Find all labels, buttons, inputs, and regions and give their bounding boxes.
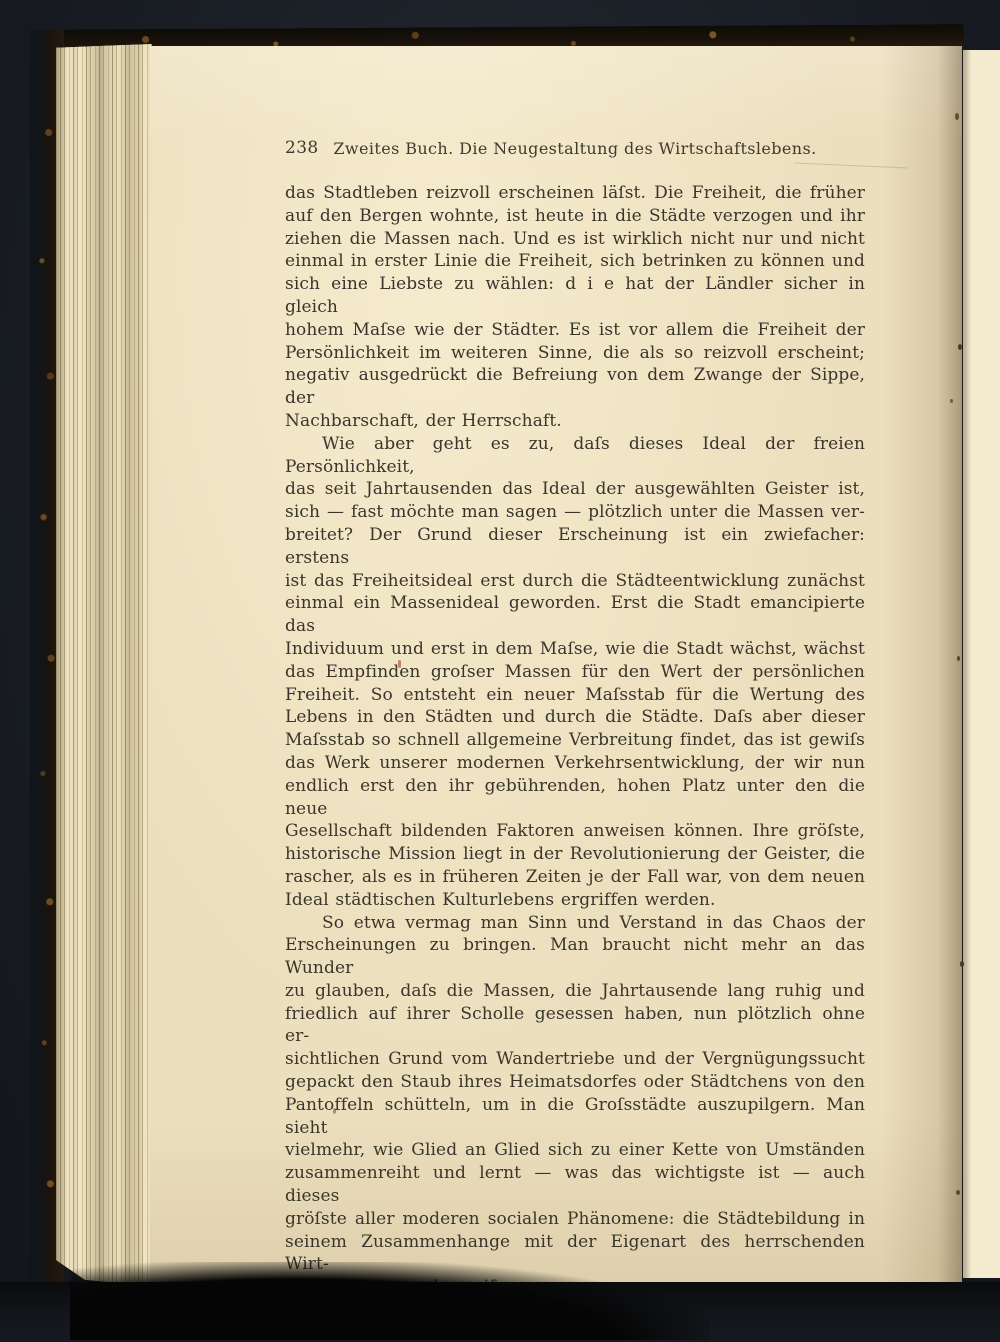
text-line: gröſste aller moderen socialen Phänomene… bbox=[285, 1208, 865, 1231]
book-page: 238 Zweites Buch. Die Neugestaltung des … bbox=[150, 46, 962, 1284]
paper-scratch-mark bbox=[795, 163, 907, 169]
text-line: Maſsstab so schnell allgemeine Verbreitu… bbox=[285, 729, 865, 752]
page-number: 238 bbox=[285, 138, 319, 159]
paper-speck bbox=[957, 656, 960, 661]
text-line: endlich erst den ihr gebührenden, hohen … bbox=[285, 775, 865, 821]
text-line: einmal ein Massenideal geworden. Erst di… bbox=[285, 592, 865, 638]
text-line: So etwa vermag man Sinn und Verstand in … bbox=[285, 912, 865, 935]
text-line: Pantoffeln schütteln, um in die Groſsstä… bbox=[285, 1094, 865, 1140]
text-line: friedlich auf ihrer Scholle gesessen hab… bbox=[285, 1003, 865, 1049]
text-line: sichtlichen Grund vom Wandertriebe und d… bbox=[285, 1048, 865, 1071]
text-line: zu glauben, daſs die Massen, die Jahrtau… bbox=[285, 980, 865, 1003]
paper-speck bbox=[950, 399, 953, 403]
text-block: das Stadtleben reizvoll erscheinen läſst… bbox=[285, 182, 865, 1299]
paper-speck bbox=[955, 113, 959, 120]
paper-speck bbox=[958, 344, 962, 350]
text-line: das Empfinden groſser Massen für den Wer… bbox=[285, 661, 865, 684]
paper-speck bbox=[956, 1190, 960, 1195]
text-line: hohem Maſse wie der Städter. Es ist vor … bbox=[285, 319, 865, 342]
text-line: auf den Bergen wohnte, ist heute in die … bbox=[285, 205, 865, 228]
text-line: Wie aber geht es zu, daſs dieses Ideal d… bbox=[285, 433, 865, 479]
text-line: das seit Jahrtausenden das Ideal der aus… bbox=[285, 478, 865, 501]
paper-speck bbox=[333, 1108, 336, 1114]
text-line: breitet? Der Grund dieser Erscheinung is… bbox=[285, 524, 865, 570]
paragraph: Wie aber geht es zu, daſs dieses Ideal d… bbox=[285, 433, 865, 912]
page-header: 238 Zweites Buch. Die Neugestaltung des … bbox=[285, 138, 865, 159]
text-line: historische Mission liegt in der Revolut… bbox=[285, 843, 865, 866]
text-line: Persönlichkeit im weiteren Sinne, die al… bbox=[285, 342, 865, 365]
text-line: ziehen die Massen nach. Und es ist wirkl… bbox=[285, 228, 865, 251]
paragraph: So etwa vermag man Sinn und Verstand in … bbox=[285, 912, 865, 1300]
text-line: gepackt den Staub ihres Heimatsdorfes od… bbox=[285, 1071, 865, 1094]
text-line: Ideal städtischen Kulturlebens ergriffen… bbox=[285, 889, 865, 912]
text-line: Lebens in den Städten und durch die Städ… bbox=[285, 706, 865, 729]
paragraph: das Stadtleben reizvoll erscheinen läſst… bbox=[285, 182, 865, 433]
text-line: rascher, als es in früheren Zeiten je de… bbox=[285, 866, 865, 889]
photo-backdrop: 238 Zweites Buch. Die Neugestaltung des … bbox=[0, 0, 1000, 1342]
page-edge-stack bbox=[56, 44, 152, 1286]
paper-speck bbox=[398, 660, 401, 668]
page-content: 238 Zweites Buch. Die Neugestaltung des … bbox=[285, 138, 865, 1330]
text-line: Nachbarschaft, der Herrschaft. bbox=[285, 410, 865, 433]
adjacent-page-edge bbox=[963, 50, 1000, 1278]
text-line: Freiheit. So entsteht ein neuer Maſsstab… bbox=[285, 684, 865, 707]
text-line: das Stadtleben reizvoll erscheinen läſst… bbox=[285, 182, 865, 205]
cover-bottom-shadow bbox=[70, 1262, 710, 1340]
text-line: einmal in erster Linie die Freiheit, sic… bbox=[285, 250, 865, 273]
text-line: Gesellschaft bildenden Faktoren anweisen… bbox=[285, 820, 865, 843]
text-line: Erscheinungen zu bringen. Man braucht ni… bbox=[285, 934, 865, 980]
text-line: das Werk unserer modernen Verkehrsentwic… bbox=[285, 752, 865, 775]
running-title: Zweites Buch. Die Neugestaltung des Wirt… bbox=[285, 138, 865, 159]
text-line: negativ ausgedrückt die Befreiung von de… bbox=[285, 364, 865, 410]
text-line: Individuum und erst in dem Maſse, wie di… bbox=[285, 638, 865, 661]
text-line: vielmehr, wie Glied an Glied sich zu ein… bbox=[285, 1139, 865, 1162]
text-line: zusammenreiht und lernt — was das wichti… bbox=[285, 1162, 865, 1208]
text-line: sich — fast möchte man sagen — plötzlich… bbox=[285, 501, 865, 524]
paper-speck bbox=[960, 961, 964, 967]
text-line: ist das Freiheitsideal erst durch die St… bbox=[285, 570, 865, 593]
text-line: sich eine Liebste zu wählen: d i e hat d… bbox=[285, 273, 865, 319]
